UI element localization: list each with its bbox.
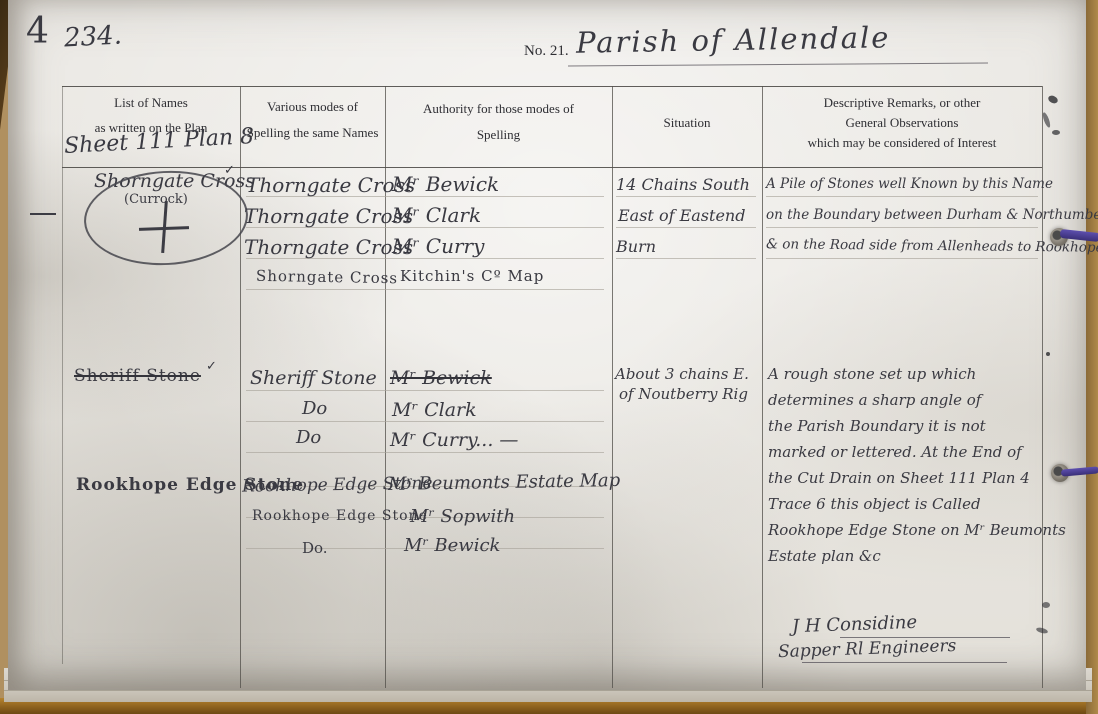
row1-remarks-1: A Pile of Stones well Known by this Name (766, 178, 1053, 192)
row2-spelling-2: Do (302, 400, 327, 418)
ink-smudge-3 (1052, 130, 1060, 135)
row3-authority-3: Mʳ Bewick (404, 537, 500, 555)
row3-authority-1: Mʳ Beumonts Estate Map (388, 472, 620, 494)
row2-name: Sheriff Stone (74, 368, 201, 385)
row2-authority-2: Mʳ Clark (392, 401, 477, 420)
folio-number: 234. (63, 23, 122, 52)
row2-remarks-7: Rookhope Edge Stone on Mʳ Beumonts (768, 523, 1066, 538)
row1-spelling-3: Thorngate Cross (244, 237, 413, 257)
header-authority-line1: Authority for those modes of (385, 102, 612, 115)
header-remarks-line3: which may be considered of Interest (762, 136, 1042, 149)
header-names-line1: List of Names (62, 96, 240, 109)
row2-remarks-8: Estate plan &c (768, 549, 881, 564)
header-bottom-line (62, 167, 1042, 168)
row1-authority-4: Kitchin's Cº Map (400, 269, 544, 284)
row2-situation-2: of Noutberry Rig (619, 387, 748, 402)
ink-dot-1 (1046, 352, 1050, 356)
row1-authority-3: Mʳ Curry (392, 236, 484, 256)
row3-spelling-3: Do. (302, 541, 328, 556)
row1-checkmark: ✓ (224, 164, 235, 177)
row2-remarks-2: determines a sharp angle of (768, 393, 981, 408)
row1-remarks-3: & on the Road side from Allenheads to Ro… (766, 238, 1098, 255)
signature-name: J H Considine (792, 614, 918, 636)
form-number: No. 21. (524, 44, 569, 59)
row1-authority-2: Mʳ Clark (392, 205, 481, 225)
corner-number: 4 (26, 14, 49, 50)
row2-authority-3: Mʳ Curry... — (390, 431, 518, 450)
row1-situation-1: 14 Chains South (616, 177, 750, 193)
table-top-line (62, 86, 1042, 87)
row1-spelling-2: Thorngate Cross (244, 206, 413, 226)
row2-remarks-3: the Parish Boundary it is not (768, 419, 986, 434)
row2-remarks-4: marked or lettered. At the End of (768, 445, 1022, 460)
row1-spelling-4: Shorngate Cross (256, 269, 398, 286)
col-line-4 (762, 86, 763, 688)
col-line-3 (612, 86, 613, 688)
row3-spelling-2: Rookhope Edge Stone (252, 509, 428, 523)
parish-title: Parish of Allendale (576, 23, 891, 57)
row3-authority-2: Mʳ Sopwith (410, 508, 515, 526)
header-remarks-line1: Descriptive Remarks, or other (762, 96, 1042, 109)
row2-situation-1: About 3 chains E. (615, 367, 749, 382)
row1-remarks-2: on the Boundary between Durham & Northum… (766, 209, 1098, 223)
row1-authority-1: Mʳ Bewick (392, 174, 499, 194)
row2-remarks-5: the Cut Drain on Sheet 111 Plan 4 (768, 471, 1030, 486)
row2-spelling-1: Sheriff Stone (250, 369, 377, 388)
signature-underline-2 (802, 662, 1007, 663)
header-situation: Situation (612, 116, 762, 129)
row1-situation-2: East of Eastend (618, 208, 745, 224)
row1-spelling-1: Thorngate Cross (246, 175, 415, 195)
row1-situation-3: Burn (616, 239, 656, 255)
row2-remarks-6: Trace 6 this object is Called (768, 497, 981, 512)
header-remarks-line2: General Observations (762, 116, 1042, 129)
ink-smudge-4 (1042, 602, 1050, 608)
row2-remarks-1: A rough stone set up which (768, 367, 976, 382)
dash-mark (30, 213, 56, 215)
scanned-name-book-page: 4 234. No. 21. Parish of Allendale List … (0, 0, 1098, 714)
header-spelling-line2: Spelling the same Names (240, 126, 385, 139)
table-left-line (62, 86, 63, 664)
row2-checkmark: ✓ (206, 360, 217, 373)
row2-authority-1: Mʳ Bewick (390, 369, 492, 388)
row2-spelling-3: Do (296, 429, 321, 447)
desk-edge-right (1086, 0, 1098, 714)
header-authority-line2: Spelling (385, 128, 612, 141)
header-spelling-line1: Various modes of (240, 100, 385, 113)
